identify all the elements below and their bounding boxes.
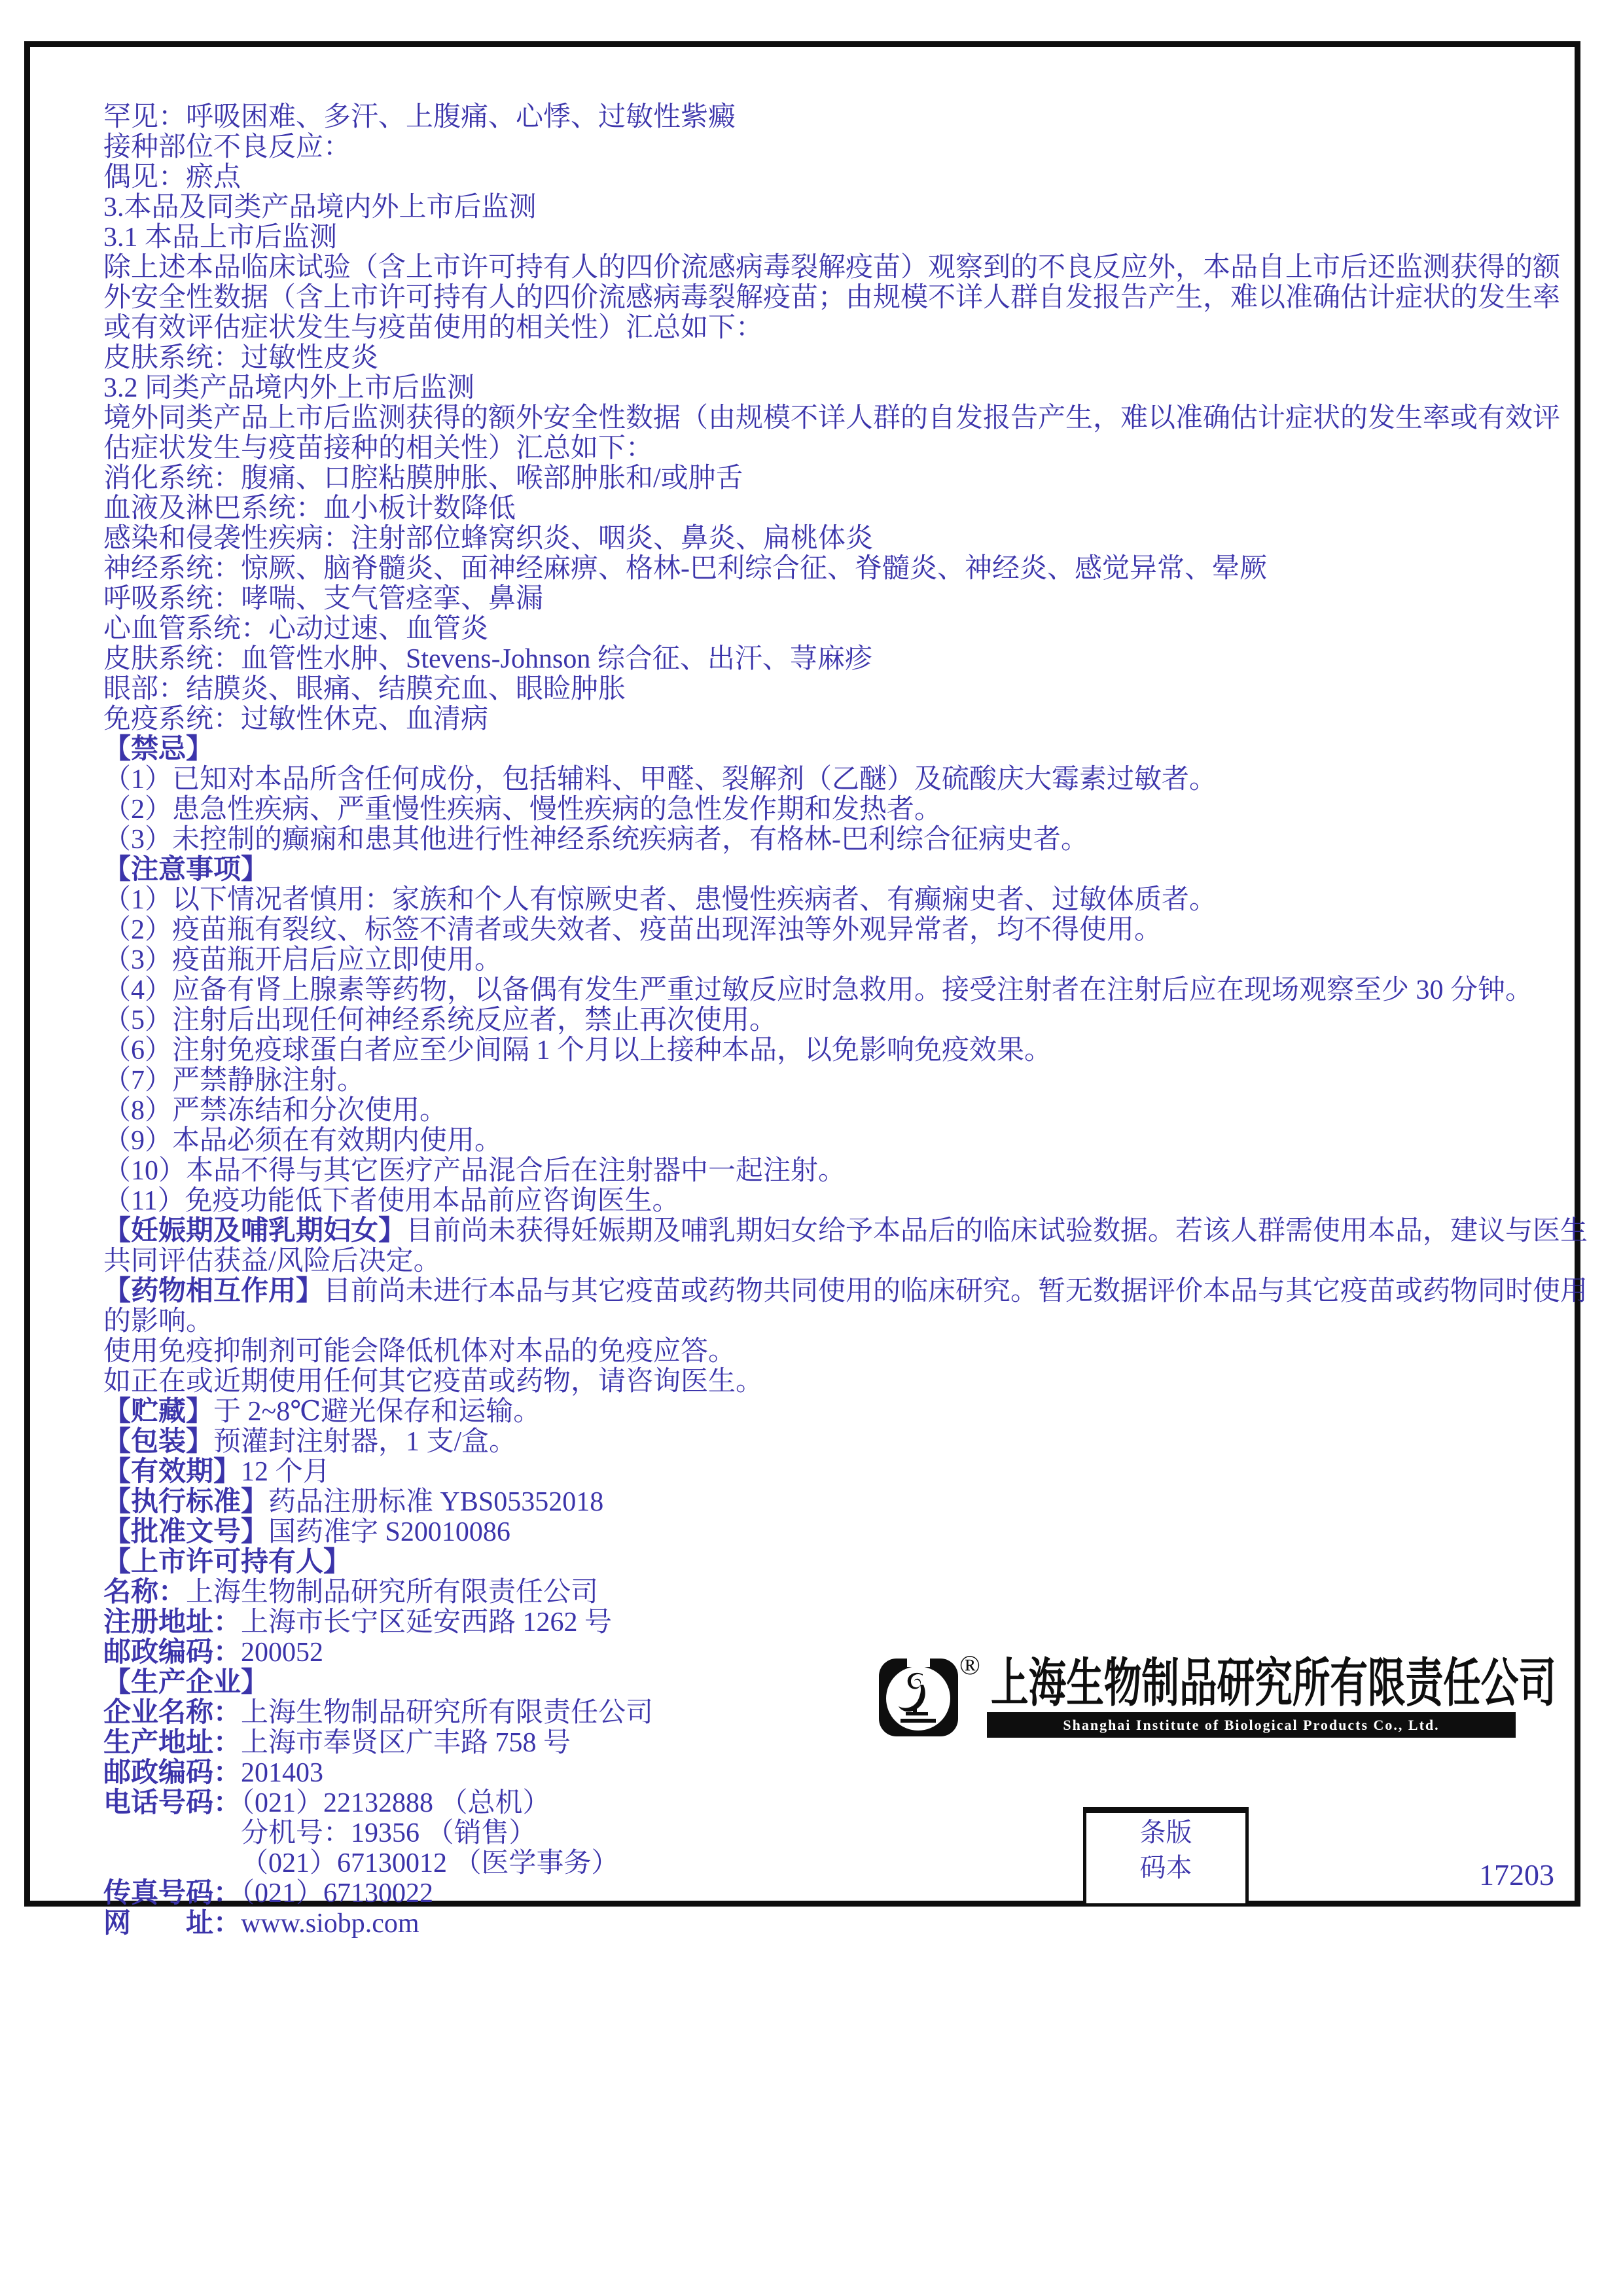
- text-line: 神经系统：惊厥、脑脊髓炎、面神经麻痹、格林-巴利综合征、脊髓炎、神经炎、感觉异常…: [103, 554, 1602, 584]
- text-line: 偶见：瘀点: [103, 162, 1602, 192]
- text-line-body: 如正在或近期使用任何其它疫苗或药物，请咨询医生。: [103, 1367, 763, 1397]
- logo-company-name-en: Shanghai Institute of Biological Product…: [987, 1712, 1516, 1738]
- barcode-version-box-line1: 条版: [1086, 1818, 1245, 1847]
- text-line-label: 【药物相互作用】: [103, 1276, 323, 1306]
- text-line: 估症状发生与疫苗接种的相关性）汇总如下：: [103, 433, 1602, 463]
- text-line-body: 呼吸系统：哮喘、支气管痉挛、鼻漏: [103, 584, 543, 614]
- text-line-body: 目前尚未进行本品与其它疫苗或药物共同使用的临床研究。暂无数据评价本品与其它疫苗或…: [323, 1276, 1588, 1306]
- text-line: （6）注射免疫球蛋白者应至少间隔 1 个月以上接种本品，以免影响免疫效果。: [103, 1035, 1602, 1066]
- logo-company-name-cn: 上海生物制品研究所有限责任公司: [991, 1655, 1556, 1712]
- text-line: 【批准文号】国药准字 S20010086: [103, 1517, 1602, 1547]
- text-line-body: （6）注射免疫球蛋白者应至少间隔 1 个月以上接种本品，以免影响免疫效果。: [103, 1035, 1052, 1066]
- text-line-body: 除上述本品临床试验（含上市许可持有人的四价流感病毒裂解疫苗）观察到的不良反应外，…: [103, 253, 1560, 283]
- text-line: 呼吸系统：哮喘、支气管痉挛、鼻漏: [103, 584, 1602, 614]
- text-line-body: （10）本品不得与其它医疗产品混合后在注射器中一起注射。: [103, 1156, 846, 1186]
- text-line-body: （2）患急性疾病、严重慢性疾病、慢性疾病的急性发作期和发热者。: [103, 795, 942, 825]
- text-line: 3.2 同类产品境内外上市后监测: [103, 373, 1602, 403]
- text-line: （021）67130012 （医学事务）: [103, 1848, 1602, 1878]
- text-line-body: 接种部位不良反应：: [103, 132, 351, 162]
- text-line-body: 上海市奉贤区广丰路 758 号: [241, 1728, 571, 1758]
- text-line: 皮肤系统：血管性水肿、Stevens-Johnson 综合征、出汗、荨麻疹: [103, 644, 1602, 674]
- text-line-body: 上海生物制品研究所有限责任公司: [241, 1698, 653, 1728]
- text-line-body: 3.1 本品上市后监测: [103, 223, 337, 253]
- text-line-body: 眼部：结膜炎、眼痛、结膜充血、眼睑肿胀: [103, 674, 626, 704]
- text-line-body: 预灌封注射器，1 支/盒。: [213, 1427, 516, 1457]
- text-line: 【执行标准】药品注册标准 YBS05352018: [103, 1487, 1602, 1517]
- text-line: 【包装】预灌封注射器，1 支/盒。: [103, 1427, 1602, 1457]
- text-line-label: 网 址：: [103, 1909, 241, 1939]
- text-line-body: 上海市长宁区延安西路 1262 号: [241, 1607, 612, 1638]
- text-line: （1）已知对本品所含任何成份，包括辅料、甲醛、裂解剂（乙醚）及硫酸庆大霉素过敏者…: [103, 764, 1602, 795]
- text-line-body: 消化系统：腹痛、口腔粘膜肿胀、喉部肿胀和/或肿舌: [103, 463, 743, 493]
- barcode-version-box-line2: 码本: [1086, 1854, 1245, 1882]
- text-line-label: 名称：: [103, 1577, 186, 1607]
- text-line: 【有效期】12 个月: [103, 1457, 1602, 1487]
- text-line: （1）以下情况者慎用：家族和个人有惊厥史者、患慢性疾病者、有癫痫史者、过敏体质者…: [103, 885, 1602, 915]
- text-line-label: 【批准文号】: [103, 1517, 268, 1547]
- text-line-body: （021）67130012 （医学事务）: [241, 1848, 619, 1878]
- text-line: （2）疫苗瓶有裂纹、标签不清者或失效者、疫苗出现浑浊等外观异常者，均不得使用。: [103, 915, 1602, 945]
- text-line-body: （3）未控制的癫痫和患其他进行性神经系统疾病者，有格林-巴利综合征病史者。: [103, 825, 1088, 855]
- text-line-body: 神经系统：惊厥、脑脊髓炎、面神经麻痹、格林-巴利综合征、脊髓炎、神经炎、感觉异常…: [103, 554, 1267, 584]
- text-line-body: 皮肤系统：过敏性皮炎: [103, 343, 378, 373]
- registered-trademark-icon: ®: [959, 1652, 980, 1679]
- text-line: 3.本品及同类产品境内外上市后监测: [103, 192, 1602, 223]
- text-line-body: www.siobp.com: [241, 1909, 419, 1939]
- doc-number: 17203: [1407, 1859, 1554, 1891]
- text-line: 除上述本品临床试验（含上市许可持有人的四价流感病毒裂解疫苗）观察到的不良反应外，…: [103, 253, 1602, 283]
- text-line-body: 3.本品及同类产品境内外上市后监测: [103, 192, 537, 223]
- text-line-body: （2）疫苗瓶有裂纹、标签不清者或失效者、疫苗出现浑浊等外观异常者，均不得使用。: [103, 915, 1162, 945]
- text-line: （10）本品不得与其它医疗产品混合后在注射器中一起注射。: [103, 1156, 1602, 1186]
- text-line-label: 【上市许可持有人】: [103, 1547, 351, 1577]
- text-line-body: 国药准字 S20010086: [268, 1517, 510, 1547]
- text-line-label: 【执行标准】: [103, 1487, 268, 1517]
- text-line: 眼部：结膜炎、眼痛、结膜充血、眼睑肿胀: [103, 674, 1602, 704]
- text-line: （2）患急性疾病、严重慢性疾病、慢性疾病的急性发作期和发热者。: [103, 795, 1602, 825]
- text-line-body: 的影响。: [103, 1306, 213, 1336]
- text-line-body: （1）以下情况者慎用：家族和个人有惊厥史者、患慢性疾病者、有癫痫史者、过敏体质者…: [103, 885, 1217, 915]
- text-line-label: 【包装】: [103, 1427, 213, 1457]
- text-line-body: （5）注射后出现任何神经系统反应者，禁止再次使用。: [103, 1005, 777, 1035]
- text-line-body: 3.2 同类产品境内外上市后监测: [103, 373, 474, 403]
- text-line: 名称：上海生物制品研究所有限责任公司: [103, 1577, 1602, 1607]
- text-line-body: 心血管系统：心动过速、血管炎: [103, 614, 488, 644]
- text-line-body: （9）本品必须在有效期内使用。: [103, 1126, 502, 1156]
- text-line: 皮肤系统：过敏性皮炎: [103, 343, 1602, 373]
- text-line: （3）未控制的癫痫和患其他进行性神经系统疾病者，有格林-巴利综合征病史者。: [103, 825, 1602, 855]
- text-line-label: 邮政编码：: [103, 1758, 241, 1788]
- text-line: 【上市许可持有人】: [103, 1547, 1602, 1577]
- text-line: 感染和侵袭性疾病：注射部位蜂窝织炎、咽炎、鼻炎、扁桃体炎: [103, 524, 1602, 554]
- text-line-body: 感染和侵袭性疾病：注射部位蜂窝织炎、咽炎、鼻炎、扁桃体炎: [103, 524, 873, 554]
- text-line-body: 估症状发生与疫苗接种的相关性）汇总如下：: [103, 433, 653, 463]
- text-line-body: （3）疫苗瓶开启后应立即使用。: [103, 945, 502, 975]
- text-line: （8）严禁冻结和分次使用。: [103, 1096, 1602, 1126]
- text-line-body: 罕见：呼吸困难、多汗、上腹痛、心悸、过敏性紫癜: [103, 102, 736, 132]
- text-line-body: 药品注册标准 YBS05352018: [268, 1487, 603, 1517]
- text-line-body: （11）免疫功能低下者使用本品前应咨询医生。: [103, 1186, 679, 1216]
- text-line-body: （021）22132888 （总机）: [241, 1788, 550, 1818]
- text-line-label: 邮政编码：: [103, 1638, 241, 1668]
- text-line-body: 目前尚未获得妊娠期及哺乳期妇女给予本品后的临床试验数据。若该人群需使用本品，建议…: [406, 1216, 1588, 1246]
- text-line-body: 于 2~8℃避光保存和运输。: [213, 1397, 541, 1427]
- text-line: 共同评估获益/风险后决定。: [103, 1246, 1602, 1276]
- text-line-label: 生产地址：: [103, 1728, 241, 1758]
- page-border: 罕见：呼吸困难、多汗、上腹痛、心悸、过敏性紫癜接种部位不良反应：偶见：瘀点3.本…: [24, 41, 1580, 1907]
- text-line: 【禁忌】: [103, 734, 1602, 764]
- text-line-body: 分机号：19356 （销售）: [241, 1818, 537, 1848]
- text-line-body: （8）严禁冻结和分次使用。: [103, 1096, 447, 1126]
- text-line-body: （7）严禁静脉注射。: [103, 1066, 365, 1096]
- text-line-label: 【贮藏】: [103, 1397, 213, 1427]
- text-line: 心血管系统：心动过速、血管炎: [103, 614, 1602, 644]
- text-line-body: 12 个月: [241, 1457, 330, 1487]
- text-line-label: 电话号码：: [103, 1788, 241, 1818]
- text-line-body: 或有效评估症状发生与疫苗使用的相关性）汇总如下：: [103, 313, 763, 343]
- text-line: （7）严禁静脉注射。: [103, 1066, 1602, 1096]
- text-line: 分机号：19356 （销售）: [103, 1818, 1602, 1848]
- text-line: 【注意事项】: [103, 855, 1602, 885]
- text-line-body: 使用免疫抑制剂可能会降低机体对本品的免疫应答。: [103, 1336, 736, 1367]
- text-line: 【妊娠期及哺乳期妇女】目前尚未获得妊娠期及哺乳期妇女给予本品后的临床试验数据。若…: [103, 1216, 1602, 1246]
- text-line-body: （1）已知对本品所含任何成份，包括辅料、甲醛、裂解剂（乙醚）及硫酸庆大霉素过敏者…: [103, 764, 1217, 795]
- text-line: 免疫系统：过敏性休克、血清病: [103, 704, 1602, 734]
- text-line: 网 址：www.siobp.com: [103, 1909, 1602, 1939]
- text-line: 接种部位不良反应：: [103, 132, 1602, 162]
- text-line: 血液及淋巴系统：血小板计数降低: [103, 493, 1602, 524]
- text-line: 罕见：呼吸困难、多汗、上腹痛、心悸、过敏性紫癜: [103, 102, 1602, 132]
- text-line: 【贮藏】于 2~8℃避光保存和运输。: [103, 1397, 1602, 1427]
- text-line: 邮政编码：201403: [103, 1758, 1602, 1788]
- text-line: 的影响。: [103, 1306, 1602, 1336]
- text-line: （3）疫苗瓶开启后应立即使用。: [103, 945, 1602, 975]
- text-line: 【药物相互作用】目前尚未进行本品与其它疫苗或药物共同使用的临床研究。暂无数据评价…: [103, 1276, 1602, 1306]
- text-line-body: 外安全性数据（含上市许可持有人的四价流感病毒裂解疫苗；由规模不详人群自发报告产生…: [103, 283, 1560, 313]
- text-line-body: （021）67130022: [241, 1878, 433, 1909]
- text-line-body: 200052: [241, 1638, 323, 1668]
- text-line: 如正在或近期使用任何其它疫苗或药物，请咨询医生。: [103, 1367, 1602, 1397]
- text-line: 境外同类产品上市后监测获得的额外安全性数据（由规模不详人群的自发报告产生，难以准…: [103, 403, 1602, 433]
- text-line-body: （4）应备有肾上腺素等药物，以备偶有发生严重过敏反应时急救用。接受注射者在注射后…: [103, 975, 1533, 1005]
- text-line-body: 血液及淋巴系统：血小板计数降低: [103, 493, 516, 524]
- swan-s-microscope-emblem-icon: [879, 1659, 958, 1736]
- text-line-label: 【禁忌】: [103, 734, 213, 764]
- text-line-body: 偶见：瘀点: [103, 162, 241, 192]
- text-line: 注册地址：上海市长宁区延安西路 1262 号: [103, 1607, 1602, 1638]
- text-line-label: 【注意事项】: [103, 855, 268, 885]
- text-line-body: 201403: [241, 1758, 323, 1788]
- text-line: （11）免疫功能低下者使用本品前应咨询医生。: [103, 1186, 1602, 1216]
- text-line-label: 企业名称：: [103, 1698, 241, 1728]
- text-line: 外安全性数据（含上市许可持有人的四价流感病毒裂解疫苗；由规模不详人群自发报告产生…: [103, 283, 1602, 313]
- text-line-label: 【有效期】: [103, 1457, 241, 1487]
- text-line-body: 境外同类产品上市后监测获得的额外安全性数据（由规模不详人群的自发报告产生，难以准…: [103, 403, 1560, 433]
- text-line-label: 传真号码：: [103, 1878, 241, 1909]
- text-line-label: 【妊娠期及哺乳期妇女】: [103, 1216, 406, 1246]
- barcode-version-box: 条版 码本: [1083, 1807, 1249, 1907]
- text-line: 传真号码：（021）67130022: [103, 1878, 1602, 1909]
- text-line-label: 【生产企业】: [103, 1668, 268, 1698]
- text-line: 3.1 本品上市后监测: [103, 223, 1602, 253]
- text-line: 或有效评估症状发生与疫苗使用的相关性）汇总如下：: [103, 313, 1602, 343]
- text-line-body: 皮肤系统：血管性水肿、Stevens-Johnson 综合征、出汗、荨麻疹: [103, 644, 872, 674]
- text-line: 消化系统：腹痛、口腔粘膜肿胀、喉部肿胀和/或肿舌: [103, 463, 1602, 493]
- text-line: （9）本品必须在有效期内使用。: [103, 1126, 1602, 1156]
- text-line: （5）注射后出现任何神经系统反应者，禁止再次使用。: [103, 1005, 1602, 1035]
- text-line-body: 免疫系统：过敏性休克、血清病: [103, 704, 488, 734]
- text-line: 电话号码：（021）22132888 （总机）: [103, 1788, 1602, 1818]
- text-line: （4）应备有肾上腺素等药物，以备偶有发生严重过敏反应时急救用。接受注射者在注射后…: [103, 975, 1602, 1005]
- text-line-body: 上海生物制品研究所有限责任公司: [186, 1577, 598, 1607]
- text-line-label: 注册地址：: [103, 1607, 241, 1638]
- text-line-body: 共同评估获益/风险后决定。: [103, 1246, 441, 1276]
- text-line: 使用免疫抑制剂可能会降低机体对本品的免疫应答。: [103, 1336, 1602, 1367]
